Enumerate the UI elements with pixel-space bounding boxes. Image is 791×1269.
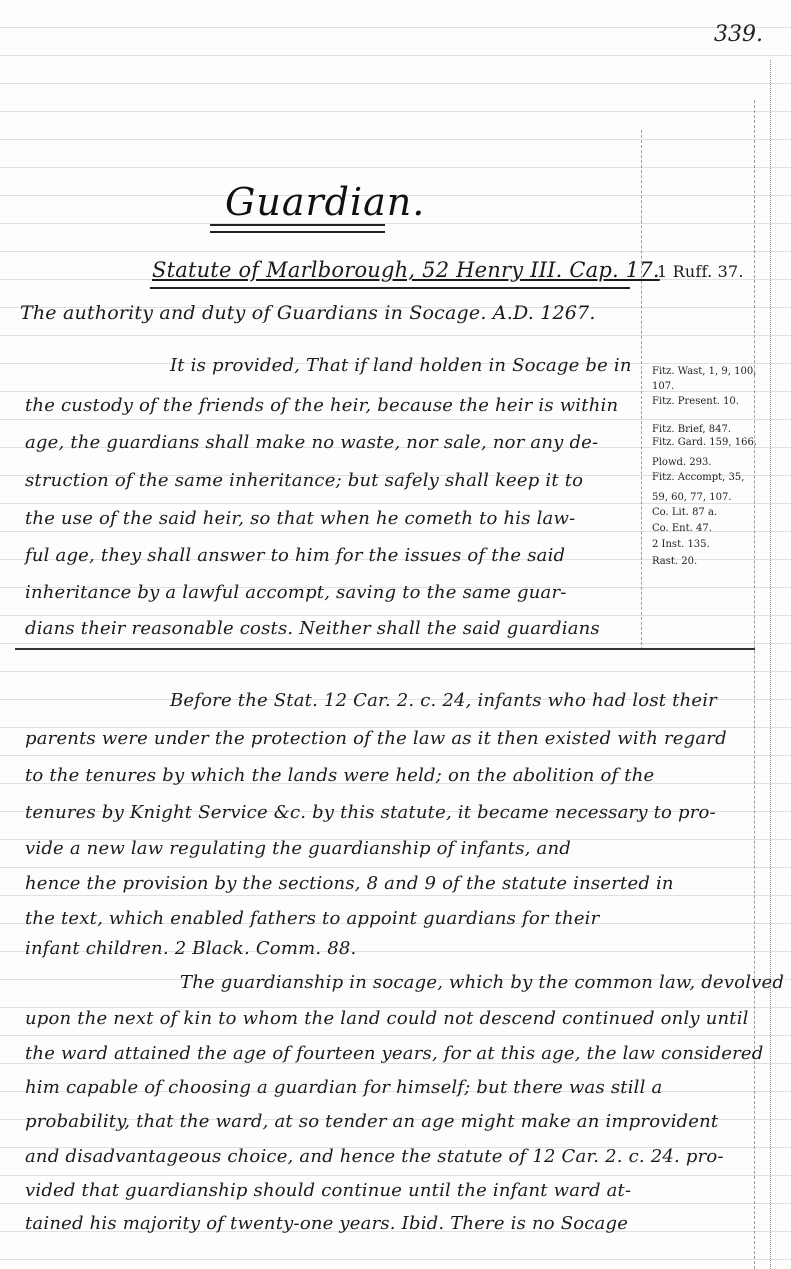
commentary-line: the text, which enabled fathers to appoi… [25,908,599,929]
commentary-line: parents were under the protection of the… [25,728,727,749]
statute-line: ful age, they shall answer to him for th… [25,545,565,566]
margin-note: Fitz. Present. 10. [652,396,739,407]
page-title: Guardian. [225,180,425,224]
statute-line: the use of the said heir, so that when h… [25,508,575,529]
commentary-line: and disadvantageous choice, and hence th… [25,1146,724,1167]
commentary-line: tenures by Knight Service &c. by this st… [25,802,716,823]
section-divider [15,648,755,650]
margin-note: Plowd. 293. [652,457,712,468]
commentary-line: to the tenures by which the lands were h… [25,765,654,786]
statute-reference: 1 Ruff. 37. [657,262,744,281]
statute-line: the custody of the friends of the heir, … [25,395,618,416]
margin-note: Fitz. Accompt, 35, [652,472,744,483]
commentary-line: probability, that the ward, at so tender… [25,1111,718,1132]
statute-heading: Statute of Marlborough, 52 Henry III. Ca… [152,258,660,282]
margin-note: Rast. 20. [652,556,697,567]
commentary-line: vide a new law regulating the guardiansh… [25,838,571,859]
commentary-line: upon the next of kin to whom the land co… [25,1008,749,1029]
manuscript-page: 339. Guardian. Statute of Marlborough, 5… [0,0,791,1269]
margin-note: 2 Inst. 135. [652,539,710,550]
margin-note: Fitz. Gard. 159, 166. [652,437,757,448]
title-underline [210,224,385,233]
statute-line: dians their reasonable costs. Neither sh… [25,618,600,639]
commentary-line: hence the provision by the sections, 8 a… [25,873,674,894]
statute-line: struction of the same inheritance; but s… [25,470,583,491]
statute-line: age, the guardians shall make no waste, … [25,432,598,453]
commentary-line: The guardianship in socage, which by the… [180,972,784,993]
commentary-line: infant children. 2 Black. Comm. 88. [25,938,356,959]
statute-subtitle: The authority and duty of Guardians in S… [20,302,596,324]
commentary-line: Before the Stat. 12 Car. 2. c. 24, infan… [170,690,717,711]
margin-note: 107. [652,381,674,392]
margin-note: Fitz. Wast, 1, 9, 100, [652,366,756,377]
margin-rule [754,100,755,1269]
commentary-line: the ward attained the age of fourteen ye… [25,1043,763,1064]
page-number: 339. [714,22,763,47]
margin-note: 59, 60, 77, 107. [652,492,732,503]
edge-rule [770,60,771,1269]
commentary-line: him capable of choosing a guardian for h… [25,1077,662,1098]
commentary-line: vided that guardianship should continue … [25,1180,631,1201]
margin-note: Fitz. Brief, 847. [652,424,731,435]
margin-note: Co. Lit. 87 a. [652,507,717,518]
statute-underline [150,287,630,289]
margin-rule [641,130,642,650]
commentary-line: tained his majority of twenty-one years.… [25,1213,628,1234]
statute-line: inheritance by a lawful accompt, saving … [25,582,567,603]
statute-line: It is provided, That if land holden in S… [170,355,632,376]
margin-note: Co. Ent. 47. [652,523,712,534]
